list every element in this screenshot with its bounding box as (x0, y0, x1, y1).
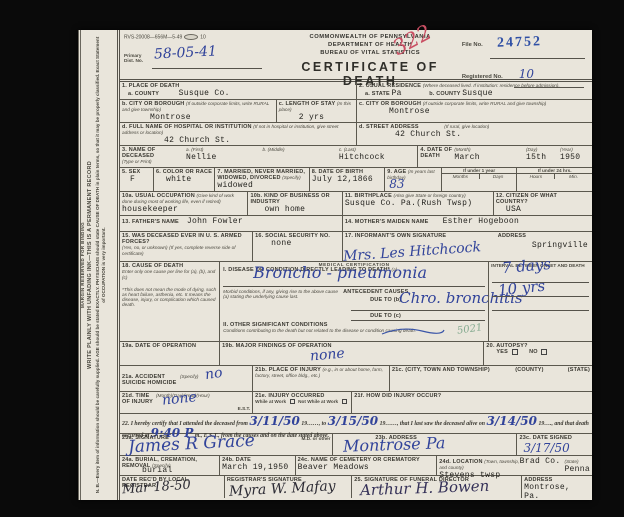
field-age: 9. AGE (In years last birthday) 83 (384, 168, 441, 191)
field-autopsy: 20. AUTOPSY? YES NO (483, 342, 592, 365)
file-no-value: 24752 (497, 34, 543, 52)
row-certify: 22. I hereby certify that I attended the… (120, 414, 592, 434)
primary-dist-label-2: Dist. No. (124, 58, 154, 63)
field-sex: 5. SEX F (120, 168, 153, 191)
interval-a-value: 7 days (502, 257, 552, 276)
citizen-label: 12. CITIZEN OF WHAT COUNTRY? (496, 193, 557, 205)
field-registrar-signature: REGISTRAR'S SIGNATURE Myra W. Mafay (224, 476, 351, 498)
while-at-work-checkbox (290, 399, 295, 404)
certify-from-value: 3/11/50 (249, 414, 300, 428)
field-age-under-24hrs: If under 24 hrs. Hours Min. (516, 168, 592, 191)
field-usual-residence: 2. USUAL RESIDENCE (Where deceased lived… (356, 82, 592, 145)
field-date-of-birth: 8. DATE OF BIRTH July 12,1866 (309, 168, 385, 191)
name-label: 3. NAME OF DECEASED (122, 147, 155, 159)
cause-medical-certification: MEDICAL CERTIFICATION I. DISEASE OR COND… (219, 262, 488, 341)
field-name-of-deceased: 3. NAME OF DECEASED (Type or Print) a. (… (120, 146, 417, 167)
row-vitals: 5. SEX F 6. COLOR OR RACE white 7. MARRI… (120, 168, 592, 192)
operation-findings-value: none (310, 347, 346, 364)
certify-alive-value: 3/14/50 (486, 414, 537, 428)
row-name-dod: 3. NAME OF DECEASED (Type or Print) a. (… (120, 146, 592, 168)
field-funeral-director: 25. SIGNATURE OF FUNERAL DIRECTOR Arthur… (351, 476, 521, 498)
funeral-director-signature: Arthur H. Bowen (360, 479, 490, 499)
under-1yr-months-label: Months (442, 174, 479, 179)
margin-note-binding: MARGIN RESERVED FOR BINDING (80, 34, 85, 496)
field-funeral-director-address: ADDRESS Montrose, Pa. (521, 476, 592, 498)
cemetery-county-value: Brad Co. (520, 457, 561, 466)
informant-signature: Mrs. Les Hitchcock (343, 240, 482, 264)
field-usual-occupation: 10a. USUAL OCCUPATION (Give kind of work… (120, 192, 247, 215)
burial-value: burial (142, 466, 173, 475)
md-or-other-label: M.D. or other (301, 436, 330, 441)
field-mother-name: 14. MOTHER'S MAIDEN NAME Esther Hogeboon (342, 216, 592, 231)
informant-label: 17. INFORMANT'S OWN SIGNATURE (345, 233, 446, 239)
armed-forces-note1: (Yes, no, or unknown) (122, 245, 168, 250)
armed-forces-label: 15. WAS DECEASED EVER IN U. S. ARMED FOR… (122, 233, 242, 245)
field-father-name: 13. FATHER'S NAME John Fowler (120, 216, 342, 231)
father-label: 13. FATHER'S NAME (122, 219, 179, 225)
place-county-value: Susque Co. (179, 89, 230, 98)
field-age-under-1yr: If under 1 year Months Days (441, 168, 517, 191)
file-no-rule (490, 51, 585, 59)
residence-note: (Where deceased lived. If institution: r… (423, 83, 560, 88)
header-right: File No. 24752 Registered No. 10 (460, 30, 592, 79)
cause-note-mode-of-dying: *This does not mean the mode of dying, s… (122, 287, 217, 307)
under-24hrs-min-label: Min. (554, 174, 592, 179)
certify-text-2: 19……, to (301, 421, 326, 427)
field-color-race: 6. COLOR OR RACE white (153, 168, 214, 191)
primary-dist-value: 58-05-41 (154, 45, 218, 62)
row-registrar: DATE REC'D BY LOCAL REGISTRAR Mar 18-50 … (120, 476, 592, 498)
registrar-signature-value: Myra W. Mafay (229, 479, 336, 499)
injury-state-label: (STATE) (568, 367, 590, 373)
name-first-value: Nellie (186, 153, 217, 162)
residence-city-note: (If outside corporate limits, write RURA… (423, 101, 547, 106)
field-place-of-injury: 21b. PLACE OF INJURY (e.g., in or about … (252, 366, 389, 391)
row-occupation: 10a. USUAL OCCUPATION (Give kind of work… (120, 192, 592, 216)
header-left: RVS-20008—656M—5-4910 Primary Dist. No. … (120, 30, 280, 79)
field-certification-statement: 22. I hereby certify that I attended the… (120, 414, 592, 433)
registered-no-label: Registered No. (462, 74, 503, 80)
dod-day-value: 15th (526, 153, 546, 162)
cause-a-value: Broncho - pneumonia (253, 265, 427, 281)
name-first-label: a. (First) (186, 147, 203, 152)
field-injury-city: 21c. (CITY, TOWN AND TOWNSHIP) (COUNTY) … (389, 366, 592, 391)
place-city-value: Montrose (150, 113, 191, 122)
row-injury-time: 21d. TIME OF INJURY (Month) (Day) (Year)… (120, 392, 592, 414)
registered-no-value: 10 (519, 68, 534, 80)
residence-city-value: Montrose (389, 107, 430, 116)
accident-specify-note: (Specify) (180, 374, 199, 379)
field-date-received: DATE REC'D BY LOCAL REGISTRAR Mar 18-50 (120, 476, 224, 498)
cause-note-one-per-line: Enter only one cause per line for (a), (… (122, 269, 215, 280)
certify-to-value: 3/15/50 (328, 414, 379, 428)
injury-time-value: none (161, 390, 197, 408)
morbid-conditions-note: Morbid conditions, if any, giving rise t… (223, 289, 343, 299)
field-burial-date: 24b. DATE March 19,1950 (219, 456, 295, 475)
interval-c-rule (492, 297, 589, 311)
form-header: RVS-20008—656M—5-4910 Primary Dist. No. … (120, 30, 592, 82)
marital-value: widowed (217, 181, 253, 190)
autopsy-yes-checkbox (512, 349, 518, 355)
under-24hrs-hours-label: Hours (517, 174, 554, 179)
under-1yr-days-label: Days (479, 174, 517, 179)
field-birthplace: 11. BIRTHPLACE (Also give State or forei… (342, 192, 493, 215)
field-date-of-death: 4. DATE OF DEATH (Month) March (Day) 15t… (417, 146, 592, 167)
injury-county-label: (COUNTY) (515, 367, 544, 373)
cause-interval-column: INTERVAL BETWEEN ONSET AND DEATH 7 days … (488, 262, 592, 341)
field-operation-findings: 19b. MAJOR FINDINGS OF OPERATION none (219, 342, 483, 365)
certify-text-3: 19……, that I last saw the deceased alive… (380, 421, 485, 427)
residence-street-value: 42 Church St. (395, 130, 461, 139)
date-received-value: Mar 18-50 (122, 479, 192, 497)
row-burial: 24a. BURIAL, CREMATION, REMOVAL (Specify… (120, 456, 592, 476)
row-physician-signature: 23a. SIGNATURE M.D. or other James R Gra… (120, 434, 592, 456)
injury-time-label: 21d. TIME OF INJURY (122, 393, 156, 405)
dod-day-label: (Day) (526, 147, 537, 152)
residence-county-value: Susque (462, 89, 493, 98)
cause-a-rule: Broncho - pneumonia (223, 273, 485, 287)
cemetery-state-value: Penna (564, 465, 590, 474)
row-operation-autopsy: 19a. DATE OF OPERATION 19b. MAJOR FINDIN… (120, 342, 592, 366)
physician-address-value: Montrose Pa (343, 435, 446, 455)
operation-date-label: 19a. DATE OF OPERATION (122, 343, 196, 349)
field-ssn: 16. SOCIAL SECURITY NO. none (252, 232, 342, 261)
burial-date-value: March 19,1950 (222, 463, 288, 472)
green-pencil-number: 5021 (456, 322, 483, 336)
residence-state-label: a. STATE (365, 91, 390, 97)
file-no-label: File No. (462, 42, 483, 48)
place-of-death-label: 1. PLACE OF DEATH (122, 83, 179, 89)
binding-margin: MARGIN RESERVED FOR BINDING WRITE PLAINL… (78, 30, 120, 500)
birthplace-value: Susque Co. Pa.(Rush Twsp) (345, 199, 473, 208)
length-of-stay-value: 2 yrs (299, 113, 325, 122)
place-county-label: a. COUNTY (128, 91, 159, 97)
field-citizen: 12. CITIZEN OF WHAT COUNTRY? USA (493, 192, 592, 215)
dod-month-value: March (454, 153, 480, 162)
accident-value: no (204, 366, 223, 382)
autopsy-label: 20. AUTOPSY? (486, 343, 527, 349)
residence-street-note: (If rural, give location) (444, 124, 489, 129)
autopsy-no-label: NO (529, 349, 538, 355)
dob-value: July 12,1866 (312, 175, 373, 184)
industry-value: own home (264, 205, 305, 214)
certificate-form: RVS-20008—656M—5-4910 Primary Dist. No. … (120, 30, 592, 500)
margin-note-write-plainly: WRITE PLAINLY WITH UNFADING INK—THIS IS … (87, 34, 93, 496)
margin-vertical-text: MARGIN RESERVED FOR BINDING WRITE PLAINL… (80, 34, 118, 496)
org-line-department: DEPARTMENT OF HEALTH (280, 42, 459, 50)
informant-address-label: ADDRESS (498, 233, 526, 239)
name-middle-label: b. (Middle) (262, 147, 284, 152)
field-cemetery-location: 24d. LOCATION (Town, township, and count… (436, 456, 592, 475)
field-date-signed: 23c. DATE SIGNED 3/17/50 (516, 434, 592, 455)
marital-specify-note: (Specify) (282, 175, 301, 180)
field-time-of-injury: 21d. TIME OF INJURY (Month) (Day) (Year)… (120, 392, 252, 413)
physician-signature-value: James R Grace (128, 433, 256, 457)
injury-city-label: 21c. (CITY, TOWN AND TOWNSHIP) (392, 367, 515, 373)
interval-b-rule: 10 yrs (492, 283, 589, 297)
field-injury-occurred: 21e. INJURY OCCURRED While at Work Not W… (252, 392, 351, 413)
scanned-death-certificate: MARGIN RESERVED FOR BINDING WRITE PLAINL… (0, 0, 624, 517)
informant-address-value: Springville (532, 241, 588, 250)
age-value: 83 (389, 178, 404, 190)
field-industry: 10b. KIND OF BUSINESS OR INDUSTRY own ho… (247, 192, 341, 215)
primary-dist-rule (152, 61, 262, 69)
field-date-of-operation: 19a. DATE OF OPERATION (120, 342, 219, 365)
while-at-work-label: While at Work (255, 399, 286, 404)
field-burial-type: 24a. BURIAL, CREMATION, REMOVAL (Specify… (120, 456, 219, 475)
dod-month-label: (Month) (454, 147, 470, 152)
mother-label: 14. MOTHER'S MAIDEN NAME (345, 219, 429, 225)
birthplace-note: (Also give State or foreign country) (393, 193, 465, 198)
institution-value: 42 Church St. (164, 136, 230, 145)
citizen-value: USA (506, 205, 521, 214)
residence-state-value: Pa (391, 89, 401, 98)
field-how-injury-occurred: 21f. HOW DID INJURY OCCUR? (351, 392, 592, 413)
field-cemetery: 24c. NAME OF CEMETERY OR CREMATORY Beave… (295, 456, 437, 475)
dod-year-value: 1950 (560, 153, 580, 162)
pen-stroke-mark (378, 325, 448, 337)
autopsy-yes-label: YES (496, 349, 508, 355)
cemetery-value: Beaver Meadows (298, 463, 369, 472)
race-value: white (166, 175, 192, 184)
row-cause-of-death: 18. CAUSE OF DEATH Enter only one cause … (120, 262, 592, 342)
org-line-bureau: BUREAU OF VITAL STATISTICS (280, 50, 459, 58)
cause-side-notes: 18. CAUSE OF DEATH Enter only one cause … (120, 262, 219, 341)
autopsy-no-checkbox (541, 349, 547, 355)
row-accident: 21a. ACCIDENT SUICIDE HOMICIDE (Specify)… (120, 366, 592, 392)
field-armed-forces: 15. WAS DECEASED EVER IN U. S. ARMED FOR… (120, 232, 252, 261)
cause-b-rule: Chro. bronchitis (351, 295, 485, 311)
not-while-at-work-label: Not While at Work (298, 399, 338, 404)
dod-year-label: (Year) (560, 147, 573, 152)
injury-time-est: E.S.T. (238, 406, 251, 411)
mother-value: Esther Hogeboon (443, 217, 520, 226)
ssn-label: 16. SOCIAL SECURITY NO. (255, 233, 330, 239)
margin-note-nb: N. B.—Every item of information should b… (95, 34, 106, 496)
dod-label: 4. DATE OF DEATH (420, 147, 452, 159)
interval-b-value: 10 yrs (497, 279, 546, 299)
name-last-value: Hitchcock (339, 153, 385, 162)
cemetery-state-note: (State) (564, 459, 578, 464)
injury-how-label: 21f. HOW DID INJURY OCCUR? (354, 393, 441, 399)
residence-county-label: b. COUNTY (429, 91, 460, 97)
field-physician-signature: 23a. SIGNATURE M.D. or other James R Gra… (120, 434, 332, 455)
row-parents: 13. FATHER'S NAME John Fowler 14. MOTHER… (120, 216, 592, 232)
name-last-label: c. (Last) (339, 147, 356, 152)
occupation-value: housekeeper (122, 205, 178, 214)
sex-value: F (130, 175, 135, 184)
not-while-at-work-checkbox (342, 399, 347, 404)
accident-label: 21a. ACCIDENT SUICIDE HOMICIDE (122, 374, 180, 386)
name-note: (Type or Print) (122, 159, 152, 164)
form-code: RVS-20008—656M—5-49 (124, 34, 182, 40)
funeral-address-value: Montrose, Pa. (524, 483, 570, 501)
field-place-of-death: 1. PLACE OF DEATH a. COUNTY Susque Co. b… (120, 82, 356, 145)
stamp-oval-icon (184, 34, 198, 40)
field-physician-address: 23b. ADDRESS Montrose Pa (332, 434, 516, 455)
certificate-paper: MARGIN RESERVED FOR BINDING WRITE PLAINL… (78, 30, 592, 500)
form-code-number: 10 (200, 34, 206, 40)
ssn-value: none (271, 239, 291, 248)
row-place-residence: 1. PLACE OF DEATH a. COUNTY Susque Co. b… (120, 82, 592, 146)
father-value: John Fowler (187, 217, 243, 226)
industry-label: 10b. KIND OF BUSINESS OR INDUSTRY (250, 193, 329, 205)
cause-c-rule (351, 311, 485, 321)
date-signed-value: 3/17/50 (523, 442, 569, 454)
field-marital-status: 7. MARRIED, NEVER MARRIED, WIDOWED, DIVO… (214, 168, 308, 191)
field-accident-suicide: 21a. ACCIDENT SUICIDE HOMICIDE (Specify)… (120, 366, 252, 391)
injury-time-hour: (Hour) (196, 393, 209, 398)
field-informant: 17. INFORMANT'S OWN SIGNATURE ADDRESS Sp… (342, 232, 592, 261)
